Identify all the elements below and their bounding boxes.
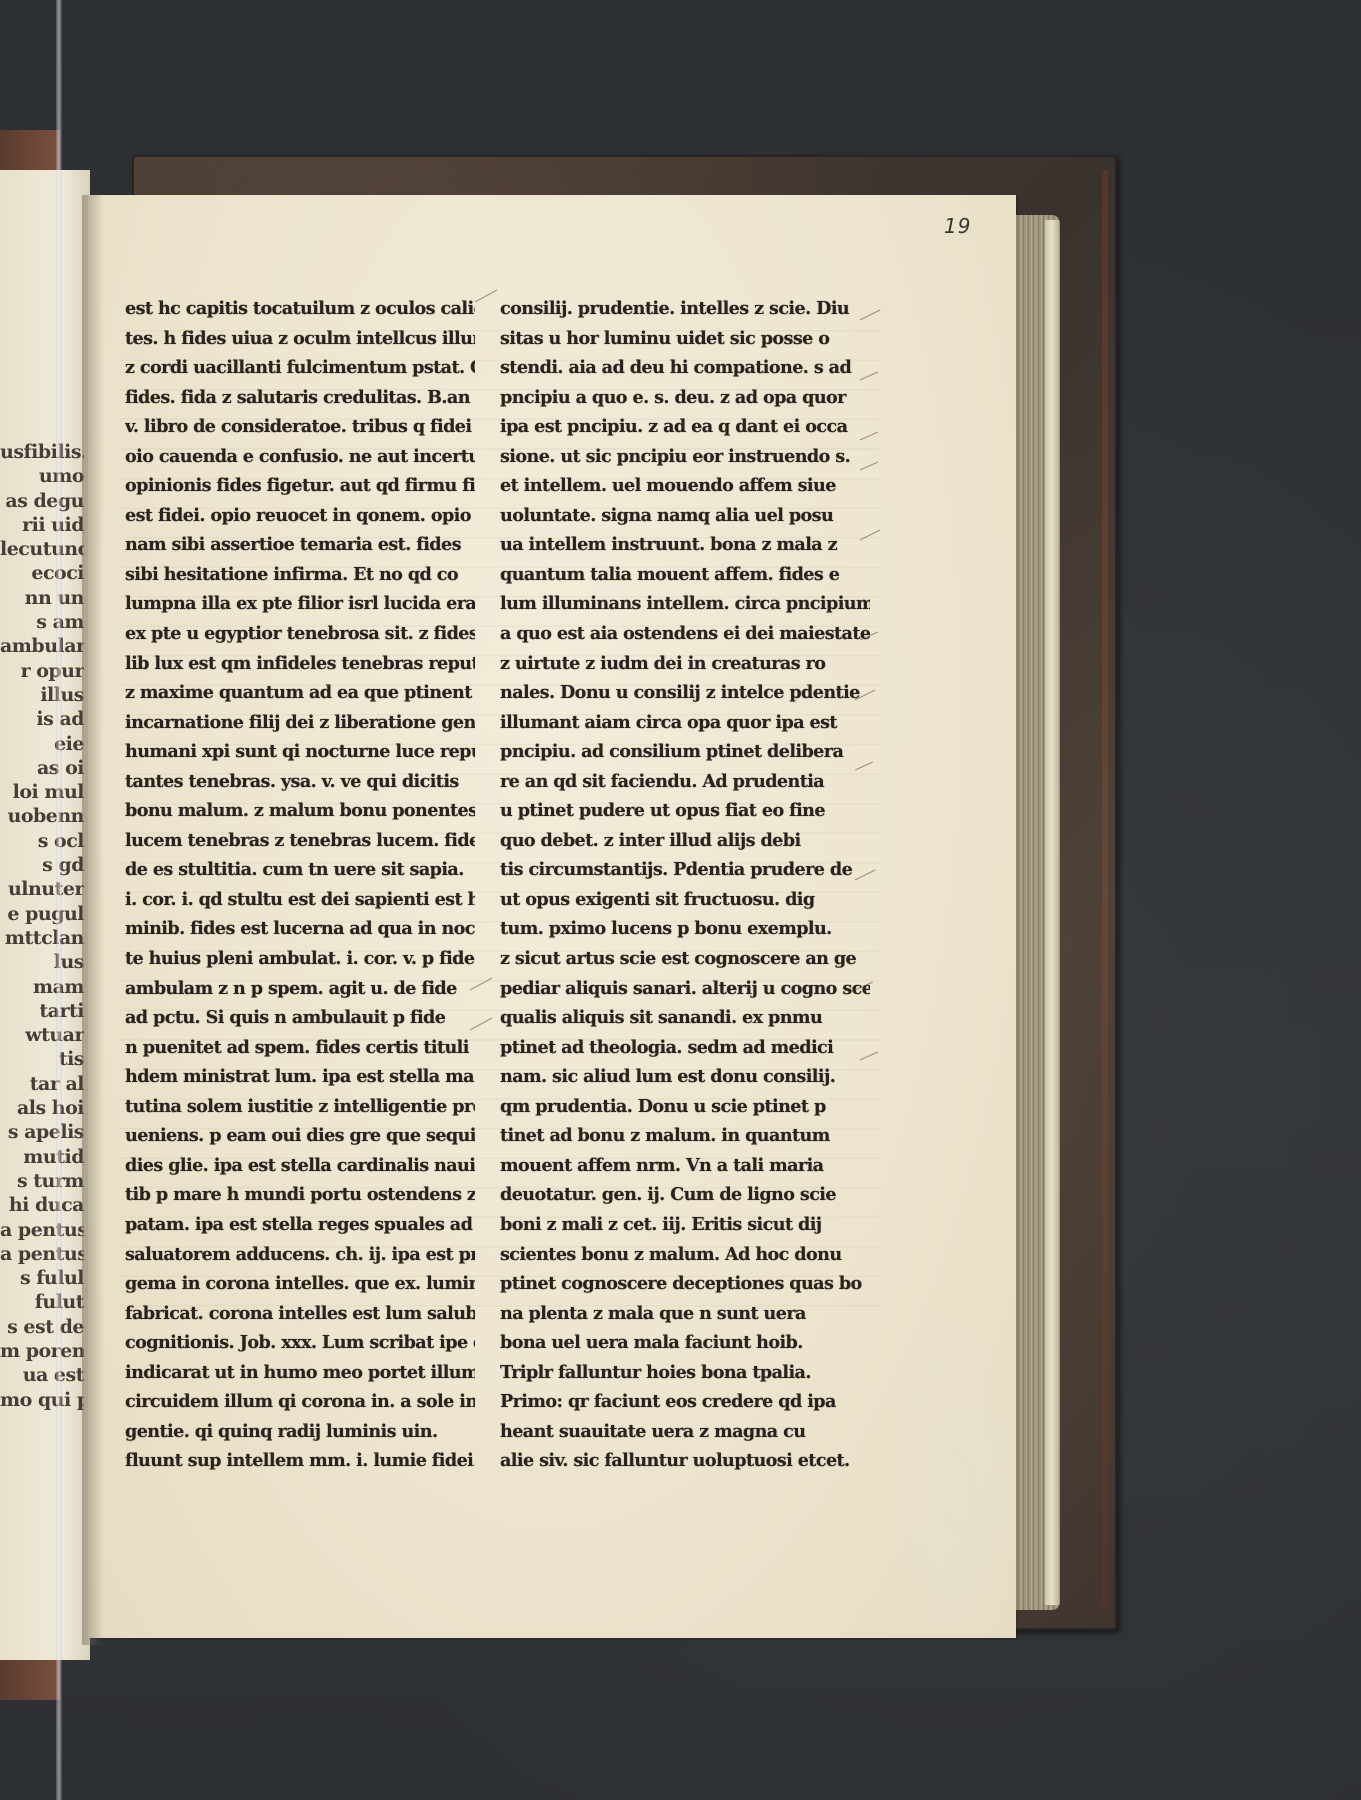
glass-plate-edge bbox=[56, 0, 62, 1800]
margin-pen-strokes bbox=[0, 0, 1361, 1800]
